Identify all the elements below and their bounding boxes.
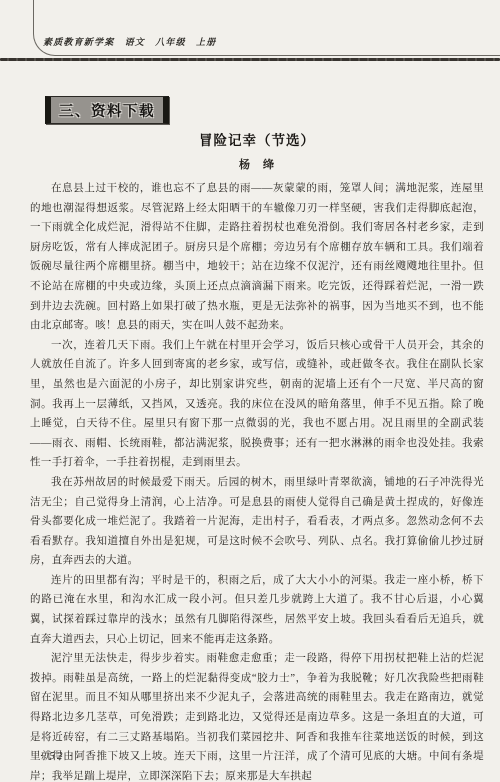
- article-author: 杨 绛: [30, 156, 484, 172]
- article-paragraph: 我在苏州故居的时候最爱下雨天。后园的树木，雨里绿叶青翠欲滴，铺地的石子冲洗得光洁…: [30, 473, 484, 571]
- article-paragraph: 一次，连着几天下雨。我们上午就在村里开会学习，饭后只核心或骨干人员开会，其余的人…: [30, 336, 484, 473]
- scanned-book-page: 素质教育新学案 语文 八年级 上册 三、资料下载 冒险记幸（节选） 杨 绛 在息…: [0, 0, 500, 782]
- page-number: · 52 ·: [40, 750, 74, 762]
- article-paragraph: 连片的田里都有沟；平时是干的，积雨之后，成了大大小小的河渠。我走一座小桥，桥下的…: [30, 571, 484, 649]
- header-rule: [0, 58, 500, 61]
- article-paragraph: 在息县上过干校的，谁也忘不了息县的雨——灰蒙蒙的雨，笼罩人间；满地泥浆，连屋里的…: [30, 179, 484, 336]
- article-title: 冒险记幸（节选）: [30, 129, 484, 149]
- section-heading-badge: 三、资料下载: [45, 96, 169, 124]
- book-header: 素质教育新学案 语文 八年级 上册: [43, 35, 216, 48]
- section-heading-label: 三、资料下载: [59, 100, 155, 121]
- article: 冒险记幸（节选） 杨 绛 在息县上过干校的，谁也忘不了息县的雨——灰蒙蒙的雨，笼…: [30, 129, 484, 782]
- article-paragraph: 泥泞里无法快走，得步步着实。雨鞋愈走愈重；走一段路，得停下用拐杖把鞋上沾的烂泥拨…: [30, 649, 484, 782]
